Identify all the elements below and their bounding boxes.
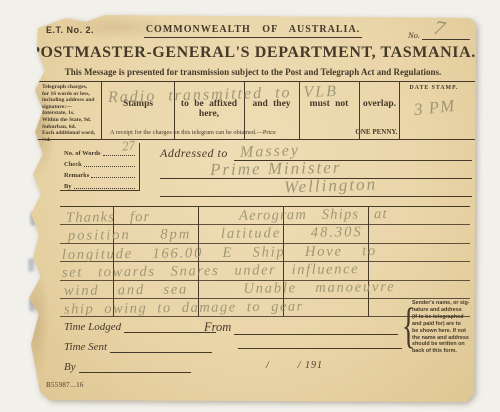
- paper-stain: [20, 262, 50, 382]
- message-line-handwritten: ship owing to damage to gear: [64, 299, 304, 319]
- receipt-notice: A receipt for the charges on this telegr…: [110, 129, 353, 136]
- no-of-words-label: No. of Words: [64, 150, 101, 157]
- remarks-row: Remarks: [64, 168, 136, 179]
- printer-form-code: B55987...16: [46, 381, 84, 389]
- receipt-price: ONE PENNY.: [355, 128, 398, 136]
- from-line: [234, 334, 398, 335]
- addressed-to-label: Addressed to: [160, 146, 228, 161]
- commonwealth-heading-text: COMMONWEALTH OF AUSTRALIA.: [144, 24, 362, 38]
- message-column-divider: [368, 207, 369, 317]
- divider-rule: [31, 139, 475, 140]
- transmission-notice: This Message is presented for transmissi…: [28, 67, 478, 77]
- telegram-form: E.T. No. 2. COMMONWEALTH OF AUSTRALIA. N…: [28, 12, 478, 406]
- commonwealth-heading: COMMONWEALTH OF AUSTRALIA.: [136, 24, 370, 38]
- date-stamp-label: DATE STAMP.: [400, 85, 468, 91]
- message-line-handwritten: position 8pm latitude 48.30S: [68, 224, 363, 245]
- form-series-number: E.T. No. 2.: [46, 25, 94, 35]
- dotted-leader: [84, 166, 135, 167]
- time-lodged-line: [124, 332, 216, 333]
- dotted-leader: [103, 155, 135, 156]
- dotted-leader: [91, 177, 135, 178]
- addressee-city-handwritten: Wellington: [284, 174, 378, 197]
- curly-brace-glyph: {: [402, 296, 408, 354]
- telegraph-charges-note: Telegraph charges, for 16 words or less,…: [33, 82, 102, 139]
- remarks-label: Remarks: [64, 172, 89, 179]
- telegram-number-line: [422, 39, 470, 40]
- check-label: Check: [64, 161, 82, 168]
- time-sent-field: Time Sent: [64, 341, 212, 353]
- word-count-handwritten: 27: [121, 137, 136, 154]
- sender-note-text: Sender's name, or sig- nature and addres…: [412, 296, 470, 355]
- time-lodged-field: Time Lodged: [64, 321, 216, 333]
- telegram-number-label: No.: [408, 30, 420, 40]
- from-field: From: [204, 320, 398, 335]
- from-label: From: [204, 320, 231, 335]
- by-field: By: [64, 361, 191, 373]
- time-sent-line: [110, 352, 212, 353]
- from-second-line: [238, 348, 402, 349]
- check-row: Check: [64, 157, 136, 168]
- by-row: By: [64, 179, 136, 190]
- paper-sheet: E.T. No. 2. COMMONWEALTH OF AUSTRALIA. N…: [28, 12, 478, 406]
- by-line: [79, 372, 191, 373]
- stamps-cell: overlap.: [359, 99, 400, 109]
- time-sent-label: Time Sent: [64, 341, 107, 353]
- sender-note: { Sender's name, or sig- nature and addr…: [402, 296, 474, 355]
- department-title: POSTMASTER-GENERAL'S DEPARTMENT, TASMANI…: [28, 44, 478, 62]
- date-partial: / / 191: [266, 360, 323, 371]
- by-label: By: [64, 183, 72, 190]
- time-lodged-label: Time Lodged: [64, 321, 121, 333]
- message-line-handwritten: set towards Snares under influence: [62, 261, 359, 282]
- by-footer-label: By: [64, 361, 76, 373]
- scan-background: E.T. No. 2. COMMONWEALTH OF AUSTRALIA. N…: [0, 0, 500, 412]
- dotted-leader: [74, 188, 135, 189]
